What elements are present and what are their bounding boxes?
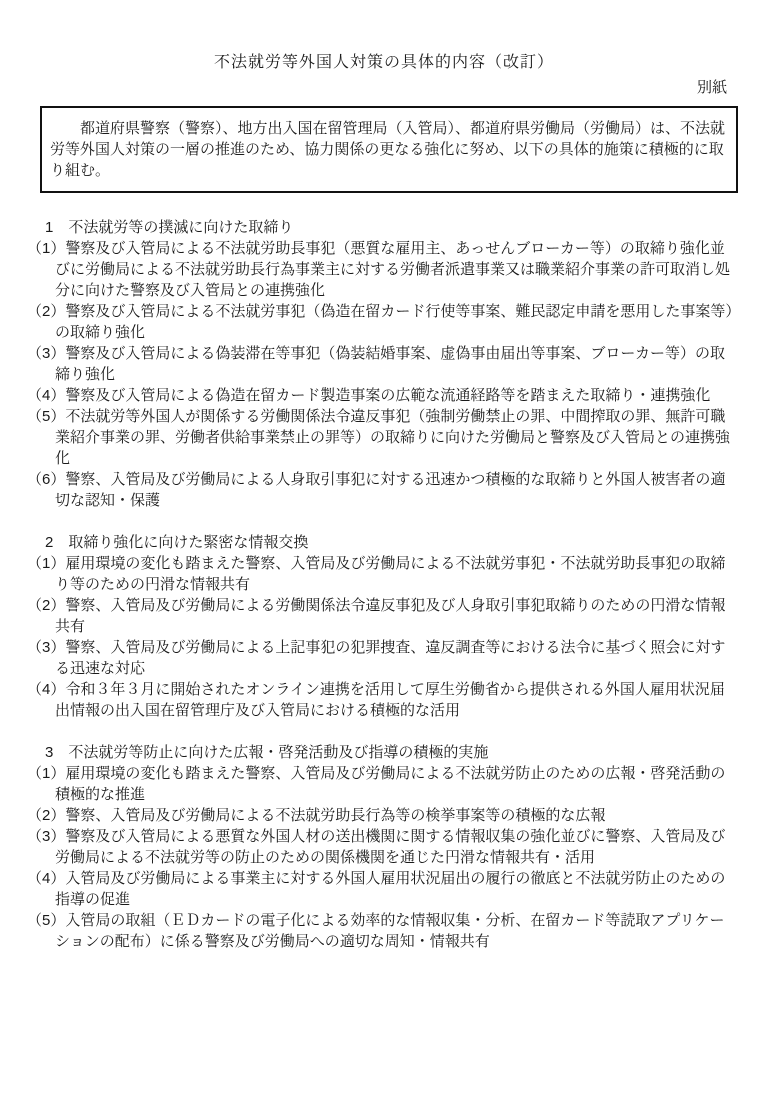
item-text: 警察及び入管局による偽造在留カード製造事案の広範な流通経路等を踏まえた取締り・連… [65,387,710,404]
item-label: （3） [27,828,65,845]
list-item: （2）警察、入管局及び労働局による不法就労助長行為等の検挙事案等の積極的な広報 [27,805,737,826]
item-label: （2） [27,303,65,320]
list-item: （2）警察及び入管局による不法就労事犯（偽造在留カード行使等事案、難民認定申請を… [27,301,737,343]
item-text: 警察及び入管局による不法就労助長事犯（悪質な雇用主、あっせんブローカー等）の取締… [55,240,730,299]
section-title: 不法就労等の撲滅に向けた取締り [53,219,293,236]
list-item: （3）警察及び入管局による偽装滞在等事犯（偽装結婚事案、虚偽事由届出等事案、ブロ… [27,343,737,385]
item-text: 不法就労等外国人が関係する労働関係法令違反事犯（強制労働禁止の罪、中間搾取の罪、… [55,408,730,467]
item-label: （6） [27,471,65,488]
item-label: （3） [27,639,65,656]
item-label: （1） [27,555,65,572]
list-item: （1）雇用環境の変化も踏まえた警察、入管局及び労働局による不法就労防止のための広… [27,763,737,805]
item-label: （2） [27,597,65,614]
item-text: 警察、入管局及び労働局による不法就労助長行為等の検挙事案等の積極的な広報 [65,807,605,824]
document-body: 1不法就労等の撲滅に向けた取締り （1）警察及び入管局による不法就労助長事犯（悪… [27,217,737,952]
list-item: （4）入管局及び労働局による事業主に対する外国人雇用状況届出の履行の徹底と不法就… [27,868,737,910]
attachment-label: 別紙 [0,77,768,98]
item-text: 雇用環境の変化も踏まえた警察、入管局及び労働局による不法就労防止のための広報・啓… [55,765,725,803]
document-page: 不法就労等外国人対策の具体的内容（改訂） 別紙 都道府県警察（警察）、地方出入国… [0,0,768,1093]
item-text: 雇用環境の変化も踏まえた警察、入管局及び労働局による不法就労事犯・不法就労助長事… [55,555,725,593]
item-label: （2） [27,807,65,824]
item-label: （5） [27,912,65,929]
preamble-text: 都道府県警察（警察）、地方出入国在留管理局（入管局）、都道府県労働局（労働局）は… [50,118,730,181]
item-text: 警察、入管局及び労働局による上記事犯の犯罪捜査、違反調査等における法令に基づく照… [55,639,725,677]
section-heading: 1不法就労等の撲滅に向けた取締り [45,217,737,238]
section-title: 取締り強化に向けた緊密な情報交換 [53,534,308,551]
list-item: （2）警察、入管局及び労働局による労働関係法令違反事犯及び人身取引事犯取締りのた… [27,595,737,637]
list-item: （3）警察、入管局及び労働局による上記事犯の犯罪捜査、違反調査等における法令に基… [27,637,737,679]
item-label: （1） [27,240,65,257]
list-item: （1）雇用環境の変化も踏まえた警察、入管局及び労働局による不法就労事犯・不法就労… [27,553,737,595]
section-crackdown: 1不法就労等の撲滅に向けた取締り （1）警察及び入管局による不法就労助長事犯（悪… [27,217,737,511]
item-text: 入管局の取組（ＥＤカードの電子化による効率的な情報収集・分析、在留カード等読取ア… [55,912,724,950]
item-text: 令和３年３月に開始されたオンライン連携を活用して厚生労働省から提供される外国人雇… [55,681,725,719]
preamble-box: 都道府県警察（警察）、地方出入国在留管理局（入管局）、都道府県労働局（労働局）は… [40,106,738,193]
item-label: （5） [27,408,65,425]
item-text: 警察、入管局及び労働局による労働関係法令違反事犯及び人身取引事犯取締りのための円… [55,597,725,635]
item-label: （4） [27,681,65,698]
item-text: 入管局及び労働局による事業主に対する外国人雇用状況届出の履行の徹底と不法就労防止… [55,870,725,908]
section-title: 不法就労等防止に向けた広報・啓発活動及び指導の積極的実施 [53,744,488,761]
list-item: （4）令和３年３月に開始されたオンライン連携を活用して厚生労働省から提供される外… [27,679,737,721]
section-heading: 2取締り強化に向けた緊密な情報交換 [45,532,737,553]
item-label: （3） [27,345,65,362]
list-item: （1）警察及び入管局による不法就労助長事犯（悪質な雇用主、あっせんブローカー等）… [27,238,737,301]
section-information-exchange: 2取締り強化に向けた緊密な情報交換 （1）雇用環境の変化も踏まえた警察、入管局及… [27,532,737,721]
page-title: 不法就労等外国人対策の具体的内容（改訂） [0,52,768,74]
list-item: （5）不法就労等外国人が関係する労働関係法令違反事犯（強制労働禁止の罪、中間搾取… [27,406,737,469]
item-text: 警察及び入管局による偽装滞在等事犯（偽装結婚事案、虚偽事由届出等事案、ブローカー… [55,345,725,383]
section-public-awareness: 3不法就労等防止に向けた広報・啓発活動及び指導の積極的実施 （1）雇用環境の変化… [27,742,737,952]
item-text: 警察、入管局及び労働局による人身取引事犯に対する迅速かつ積極的な取締りと外国人被… [55,471,725,509]
list-item: （4）警察及び入管局による偽造在留カード製造事案の広範な流通経路等を踏まえた取締… [27,385,737,406]
item-label: （1） [27,765,65,782]
list-item: （5）入管局の取組（ＥＤカードの電子化による効率的な情報収集・分析、在留カード等… [27,910,737,952]
item-text: 警察及び入管局による不法就労事犯（偽造在留カード行使等事案、難民認定申請を悪用し… [55,303,733,341]
list-item: （3）警察及び入管局による悪質な外国人材の送出機関に関する情報収集の強化並びに警… [27,826,737,868]
section-heading: 3不法就労等防止に向けた広報・啓発活動及び指導の積極的実施 [45,742,737,763]
item-label: （4） [27,387,65,404]
list-item: （6）警察、入管局及び労働局による人身取引事犯に対する迅速かつ積極的な取締りと外… [27,469,737,511]
item-label: （4） [27,870,65,887]
item-text: 警察及び入管局による悪質な外国人材の送出機関に関する情報収集の強化並びに警察、入… [55,828,725,866]
